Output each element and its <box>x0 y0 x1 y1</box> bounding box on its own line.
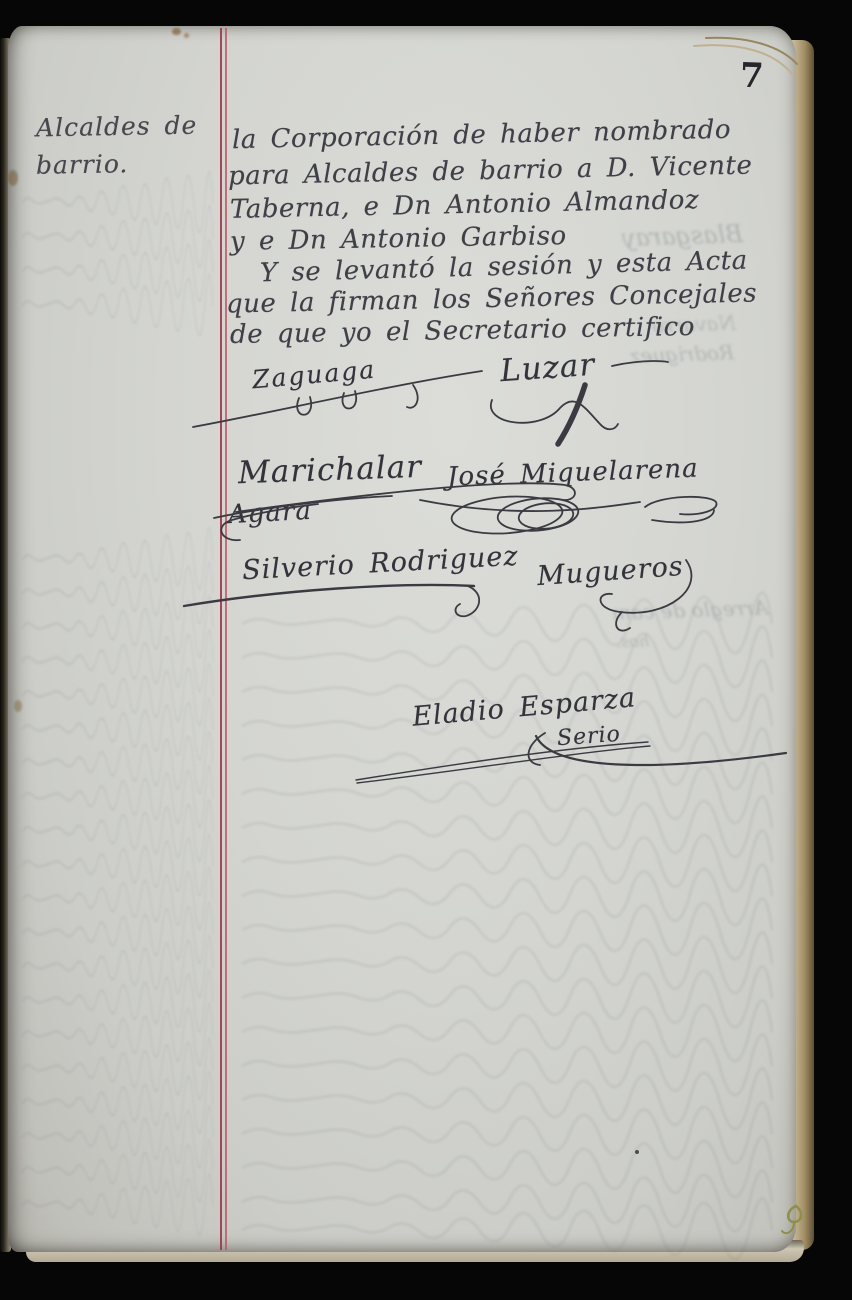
foxing-spot <box>8 170 18 186</box>
page-number: 7 <box>739 56 764 97</box>
signature-esparza-title: Serio <box>556 722 621 751</box>
signature-marichalar: Marichalar <box>237 449 422 491</box>
margin-ruling-line-outer <box>220 28 222 1250</box>
margin-ruling-line-inner <box>225 28 227 1250</box>
foxing-spot <box>172 28 181 35</box>
manuscript-scan: Blasgaray Navarro Rodriguez Arreglo de c… <box>0 0 852 1300</box>
margin-note-line-2: barrio. <box>36 149 129 180</box>
foxing-spot <box>184 33 189 38</box>
signature-luzar: Luzar <box>499 347 596 390</box>
margin-note-line-1: Alcaldes de <box>36 111 198 143</box>
signature-agara: Agara <box>227 496 312 530</box>
foxing-spot <box>14 700 22 712</box>
bleedthrough-fragment: hos. <box>616 631 650 651</box>
bleedthrough-fragment: Rodriguez <box>630 340 735 368</box>
